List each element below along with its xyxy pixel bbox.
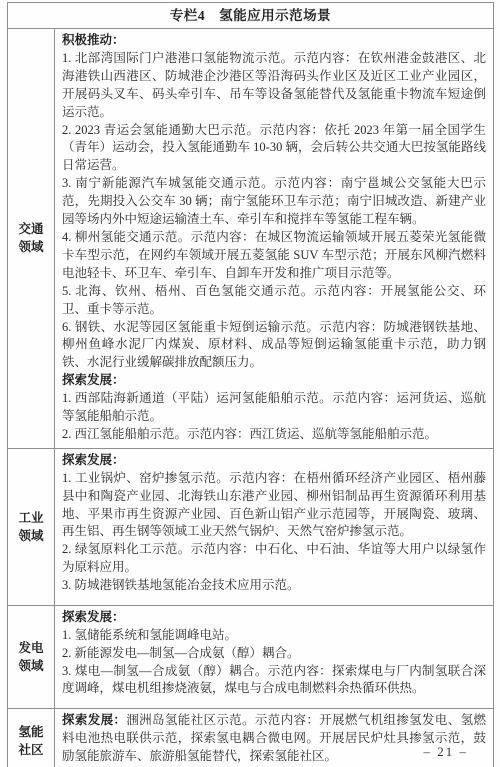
demo-item: 3. 南宁新能源汽车城氢能交通示范。示范内容：南宁邕城公交氢能大巴示范，先期投入… <box>62 175 486 229</box>
row-content: 积极推动：1. 北部湾国际门户港港口氢能物流示范。示范内容：在钦州港金鼓港区、北… <box>55 29 493 448</box>
section-heading: 积极推动： <box>62 32 486 50</box>
demo-item: 1. 氢储能系统和氢能调峰电站。 <box>62 627 486 645</box>
table-row: 氢能社区 探索发展：涠洲岛氢能社区示范。示范内容：开展燃气机组掺氢发电、氢燃料电… <box>8 709 493 767</box>
demo-item: 4. 柳州氢能交通示范。示范内容：在城区物流运输领域开展五菱荣光氢能微卡车型示范… <box>62 229 486 283</box>
table-title: 专栏4 氢能应用示范场景 <box>8 3 493 29</box>
demo-item: 2. 2023 青运会氢能通勤大巴示范。示范内容：依托 2023 年第一届全国学… <box>62 122 486 176</box>
demo-item: 2. 西江氢能船舶示范。示范内容：西江货运、巡航等氢能船舶示范。 <box>62 426 486 444</box>
demo-item: 5. 北海、钦州、梧州、百色氢能交通示范。示范内容：开展氢能公交、环卫、重卡等示… <box>62 283 486 319</box>
row-category-label: 交通领域 <box>8 29 55 448</box>
section-heading: 探索发展： <box>62 609 486 627</box>
row-content: 探索发展：1. 工业锅炉、窑炉掺氢示范。示范内容：在梧州循环经济产业园区、梧州藤… <box>55 449 493 605</box>
demo-item: 3. 煤电—制氢—合成氨（醇）耦合。示范内容：探索煤电与厂内制氢联合深度调峰，煤… <box>62 663 486 699</box>
row-category-label: 氢能社区 <box>8 709 55 767</box>
row-category-label-text: 交通领域 <box>19 220 44 256</box>
demo-item: 2. 绿氢原料化工示范。示范内容：中石化、中石油、华谊等大用户以绿氢作为原料应用… <box>62 541 486 577</box>
row-category-label-text: 发电领域 <box>19 639 44 675</box>
demo-item: 1. 工业锅炉、窑炉掺氢示范。示范内容：在梧州循环经济产业园区、梧州藤县中和陶瓷… <box>62 470 486 542</box>
section-heading: 探索发展： <box>62 713 126 727</box>
row-category-label-text: 工业领域 <box>19 509 44 545</box>
table-row: 工业领域 探索发展：1. 工业锅炉、窑炉掺氢示范。示范内容：在梧州循环经济产业园… <box>8 449 493 606</box>
table-row: 发电领域 探索发展：1. 氢储能系统和氢能调峰电站。2. 新能源发电—制氢—合成… <box>8 606 493 709</box>
demo-scenarios-table: 专栏4 氢能应用示范场景 交通领域 积极推动：1. 北部湾国际门户港港口氢能物流… <box>7 2 494 767</box>
row-content: 探索发展：1. 氢储能系统和氢能调峰电站。2. 新能源发电—制氢—合成氨（醇）耦… <box>55 606 493 708</box>
document-page: 专栏4 氢能应用示范场景 交通领域 积极推动：1. 北部湾国际门户港港口氢能物流… <box>0 0 500 767</box>
section-heading: 探索发展： <box>62 372 486 390</box>
section-paragraph: 探索发展：涠洲岛氢能社区示范。示范内容：开展燃气机组掺氢发电、氢燃料电池热电联供… <box>62 712 486 766</box>
row-category-label: 工业领域 <box>8 449 55 605</box>
demo-item: 1. 北部湾国际门户港港口氢能物流示范。示范内容：在钦州港金鼓港区、北海港铁山西… <box>62 50 486 122</box>
demo-item: 3. 防城港钢铁基地氢能冶金技术应用示范。 <box>62 577 486 595</box>
table-row: 交通领域 积极推动：1. 北部湾国际门户港港口氢能物流示范。示范内容：在钦州港金… <box>8 29 493 449</box>
row-category-label-text: 氢能社区 <box>19 723 44 759</box>
demo-item: 2. 新能源发电—制氢—合成氨（醇）耦合。 <box>62 645 486 663</box>
page-number: – 21 – <box>424 744 469 760</box>
table-rows: 交通领域 积极推动：1. 北部湾国际门户港港口氢能物流示范。示范内容：在钦州港金… <box>8 29 493 767</box>
demo-item: 1. 西部陆海新通道（平陆）运河氢能船舶示范。示范内容：运河货运、巡航等氢能船舶… <box>62 390 486 426</box>
row-category-label: 发电领域 <box>8 606 55 708</box>
section-heading: 探索发展： <box>62 452 486 470</box>
demo-item: 6. 钢铁、水泥等园区氢能重卡短倒运输示范。示范内容：防城港钢铁基地、柳州鱼峰水… <box>62 319 486 373</box>
